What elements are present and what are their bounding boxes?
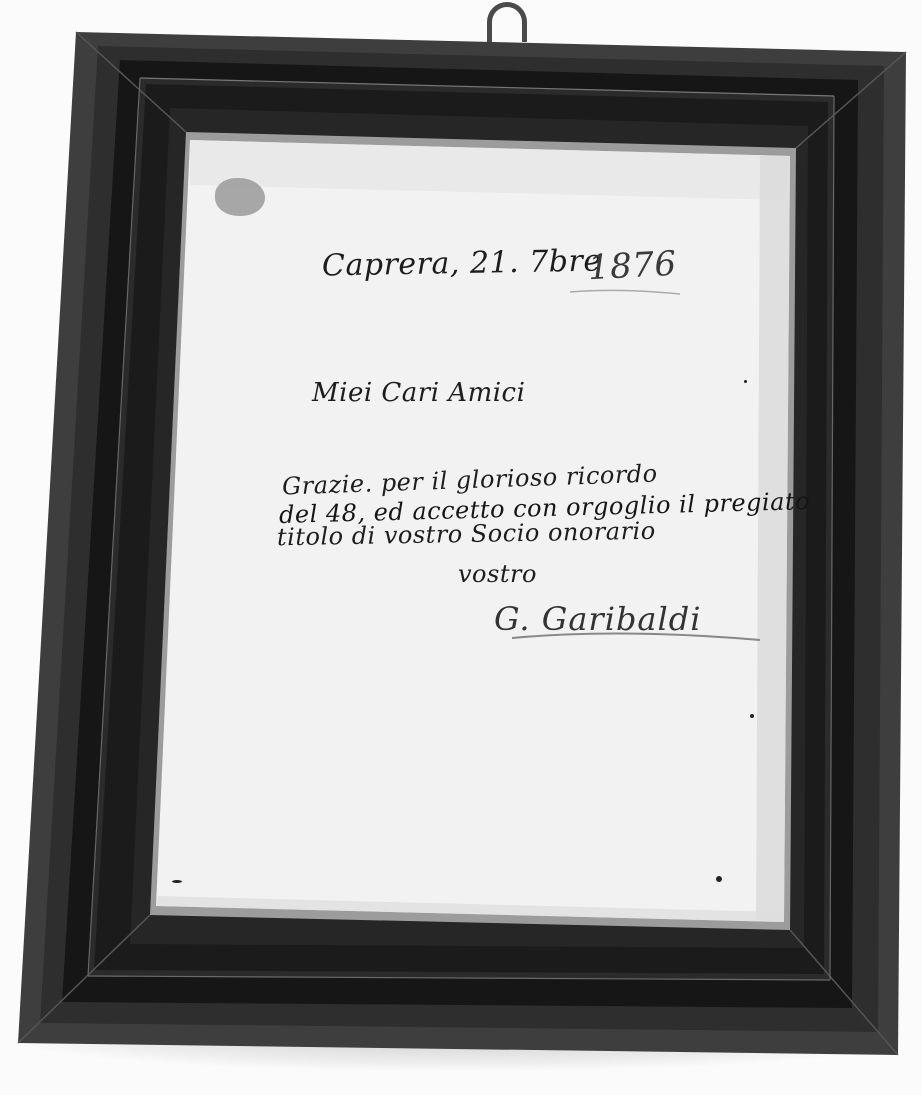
letter-greeting: Miei Cari Amici [312, 378, 525, 408]
letter-year: 1876 [587, 244, 678, 289]
letter-closing: vostro [458, 560, 537, 588]
paper-stain [215, 178, 265, 216]
paper-speck [172, 880, 182, 883]
letter-date-line: Caprera, 21. 7bre [322, 244, 602, 284]
paper-speck [750, 714, 754, 718]
paper-speck [744, 380, 747, 383]
paper-speck [716, 876, 722, 882]
letter-signature: G. Garibaldi [494, 600, 701, 638]
